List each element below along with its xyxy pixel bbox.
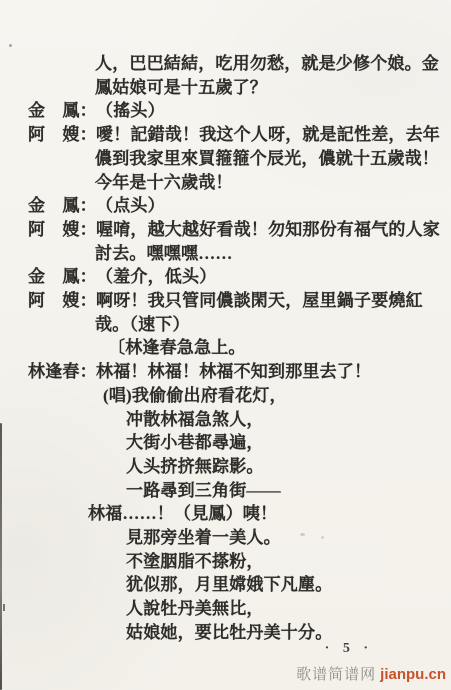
scan-edge-tick xyxy=(3,604,5,611)
line-text: 冲散林福急煞人， xyxy=(126,410,264,429)
line-text: 儂到我家里來買箍箍个辰光，儂就十五歲哉！ xyxy=(95,149,439,168)
lyric-line: 姑娘她，要比牡丹美十分。 xyxy=(0,621,451,645)
line-text: 犹似那，月里嫦娥下凡塵。 xyxy=(126,575,332,594)
line-text: 人，巴巴結結，吃用勿愁，就是少修个娘。金 xyxy=(95,54,439,73)
line-text: （搖头） xyxy=(96,101,165,120)
script-line: 討去。嘿嘿嘿…… xyxy=(0,242,451,266)
lyric-line: 人头挤挤無踪影。 xyxy=(0,455,451,479)
scanned-script-page: 人，巴巴結結，吃用勿愁，就是少修个娘。金 鳳姑娘可是十五歲了？ 金 鳳：（搖头）… xyxy=(0,0,451,690)
watermark: 歌谱简谱网jianpu.cn xyxy=(296,663,446,684)
script-line: 人，巴巴結結，吃用勿愁，就是少修个娘。金 xyxy=(0,52,451,76)
speaker-name: 阿 嫂： xyxy=(28,218,96,242)
line-text: (唱)我偷偷出府看花灯， xyxy=(103,386,287,405)
line-text: （羞介，低头） xyxy=(96,267,216,286)
line-text: 噯！記錯哉！我这个人呀，就是記性差，去年 xyxy=(96,125,440,144)
script-line: 金 鳳：（点头） xyxy=(0,194,451,218)
script-line: 林逢春：林福！林福！林福不知到那里去了！ xyxy=(0,360,451,384)
page-number: · 5 · xyxy=(325,641,373,657)
script-text-block: 人，巴巴結結，吃用勿愁，就是少修个娘。金 鳳姑娘可是十五歲了？ 金 鳳：（搖头）… xyxy=(0,0,451,645)
script-line: 哉。（速下） xyxy=(0,313,451,337)
speaker-name: 阿 嫂： xyxy=(28,123,96,147)
script-line: 阿 嫂：噯！記錯哉！我这个人呀，就是記性差，去年 xyxy=(0,123,451,147)
lyric-line: 大街小巷都尋遍， xyxy=(0,431,451,455)
script-line: 儂到我家里來買箍箍个辰光，儂就十五歲哉！ xyxy=(0,147,451,171)
line-text: 啊呀！我只管同儂談閑天，屋里鍋子要燒紅 xyxy=(96,291,423,310)
line-text: 人說牡丹美無比， xyxy=(126,599,264,618)
line-text: 哉。（速下） xyxy=(95,315,190,334)
line-text: 不塗胭脂不搽粉， xyxy=(126,552,264,571)
line-text: 討去。嘿嘿嘿…… xyxy=(95,244,233,263)
line-text: 人头挤挤無踪影。 xyxy=(126,457,264,476)
speaker-name: 金 鳳： xyxy=(28,99,96,123)
lyric-line: 見那旁坐着一美人。 xyxy=(0,526,451,550)
line-text: 林福！林福！林福不知到那里去了！ xyxy=(96,362,371,381)
line-text: 〔林逢春急急上。 xyxy=(108,338,246,357)
paper-speck xyxy=(9,44,12,47)
line-text: 林福……！（見鳳）咦！ xyxy=(88,504,277,523)
stage-direction: 〔林逢春急急上。 xyxy=(0,336,451,360)
watermark-site-url: jianpu.cn xyxy=(380,666,446,683)
line-text: 鳳姑娘可是十五歲了？ xyxy=(95,78,267,97)
script-line: 金 鳳：（搖头） xyxy=(0,99,451,123)
lyric-line: 不塗胭脂不搽粉， xyxy=(0,550,451,574)
paper-speck xyxy=(321,536,324,539)
script-line: 阿 嫂：喔唷，越大越好看哉！勿知那份有福气的人家 xyxy=(0,218,451,242)
line-text: 一路尋到三角街—— xyxy=(126,481,281,500)
line-text: 大街小巷都尋遍， xyxy=(126,433,264,452)
lyric-line: 人說牡丹美無比， xyxy=(0,597,451,621)
script-line: 今年是十六歲哉！ xyxy=(0,171,451,195)
paper-speck xyxy=(300,533,305,536)
script-line: 林福……！（見鳳）咦！ xyxy=(0,502,451,526)
line-text: （点头） xyxy=(96,196,165,215)
watermark-site-name: 歌谱简谱网 xyxy=(296,667,376,683)
speaker-name: 阿 嫂： xyxy=(28,289,96,313)
script-line: 金 鳳：（羞介，低头） xyxy=(0,265,451,289)
lyric-line: 一路尋到三角街—— xyxy=(0,479,451,503)
lyric-line: (唱)我偷偷出府看花灯， xyxy=(0,384,451,408)
lyric-line: 冲散林福急煞人， xyxy=(0,408,451,432)
speaker-name: 林逢春： xyxy=(28,360,96,384)
lyric-line: 犹似那，月里嫦娥下凡塵。 xyxy=(0,573,451,597)
line-text: 姑娘她，要比牡丹美十分。 xyxy=(126,623,332,642)
script-line: 阿 嫂：啊呀！我只管同儂談閑天，屋里鍋子要燒紅 xyxy=(0,289,451,313)
speaker-name: 金 鳳： xyxy=(28,265,96,289)
line-text: 見那旁坐着一美人。 xyxy=(126,528,281,547)
speaker-name: 金 鳳： xyxy=(28,194,96,218)
script-line: 鳳姑娘可是十五歲了？ xyxy=(0,76,451,100)
line-text: 今年是十六歲哉！ xyxy=(95,173,233,192)
scan-edge-artifact xyxy=(0,423,2,690)
line-text: 喔唷，越大越好看哉！勿知那份有福气的人家 xyxy=(96,220,440,239)
